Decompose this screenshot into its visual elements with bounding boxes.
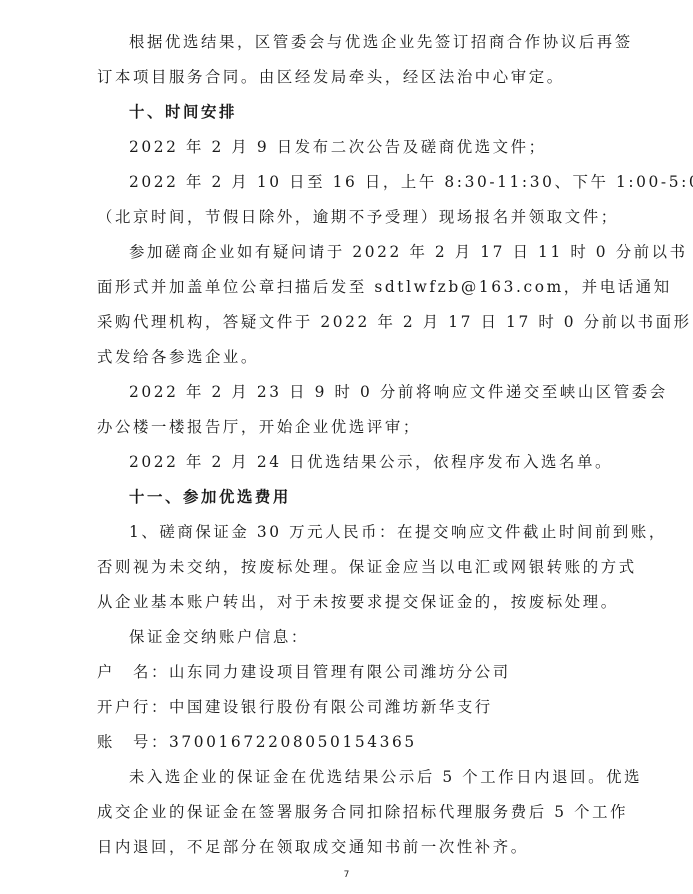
paragraph-line: 成交企业的保证金在签署服务合同扣除招标代理服务费后 5 个工作 (97, 795, 597, 830)
paragraph-line: 否则视为未交纳，按废标处理。保证金应当以电汇或网银转账的方式 (97, 550, 597, 585)
section-heading-participation-fees: 十一、参加优选费用 (97, 480, 597, 515)
section-heading-time-schedule: 十、时间安排 (97, 95, 597, 130)
paragraph-line: 采购代理机构，答疑文件于 2022 年 2 月 17 日 17 时 0 分前以书… (97, 305, 597, 340)
paragraph-line: （北京时间，节假日除外，逾期不予受理）现场报名并领取文件； (97, 200, 597, 235)
paragraph-line: 根据优选结果，区管委会与优选企业先签订招商合作协议后再签 (97, 25, 597, 60)
account-bank: 开户行：中国建设银行股份有限公司潍坊新华支行 (97, 690, 597, 725)
paragraph-line: 2022 年 2 月 9 日发布二次公告及磋商优选文件； (97, 130, 597, 165)
paragraph-line: 式发给各参选企业。 (97, 340, 597, 375)
account-number: 账 号：37001672208050154365 (97, 725, 597, 760)
paragraph-line: 2022 年 2 月 24 日优选结果公示，依程序发布入选名单。 (97, 445, 597, 480)
paragraph-line: 面形式并加盖单位公章扫描后发至 sdtlwfzb@163.com，并电话通知 (97, 270, 597, 305)
paragraph-line: 1、磋商保证金 30 万元人民币：在提交响应文件截止时间前到账， (97, 515, 597, 550)
paragraph-line: 2022 年 2 月 10 日至 16 日，上午 8:30-11:30、下午 1… (97, 165, 597, 200)
paragraph-line: 日内退回，不足部分在领取成交通知书前一次性补齐。 (97, 830, 597, 865)
paragraph-line: 订本项目服务合同。由区经发局牵头，经区法治中心审定。 (97, 60, 597, 95)
paragraph-line: 未入选企业的保证金在优选结果公示后 5 个工作日内退回。优选 (97, 760, 597, 795)
account-info-label: 保证金交纳账户信息： (97, 620, 597, 655)
paragraph-line: 参加磋商企业如有疑问请于 2022 年 2 月 17 日 11 时 0 分前以书 (97, 235, 597, 270)
paragraph-line: 从企业基本账户转出，对于未按要求提交保证金的，按废标处理。 (97, 585, 597, 620)
paragraph-line: 2022 年 2 月 23 日 9 时 0 分前将响应文件递交至峡山区管委会 (97, 375, 597, 410)
paragraph-line: 办公楼一楼报告厅，开始企业优选评审； (97, 410, 597, 445)
page-number: 7 (0, 870, 693, 880)
account-holder-name: 户 名：山东同力建设项目管理有限公司潍坊分公司 (97, 655, 597, 690)
document-page: 根据优选结果，区管委会与优选企业先签订招商合作协议后再签 订本项目服务合同。由区… (97, 25, 597, 865)
